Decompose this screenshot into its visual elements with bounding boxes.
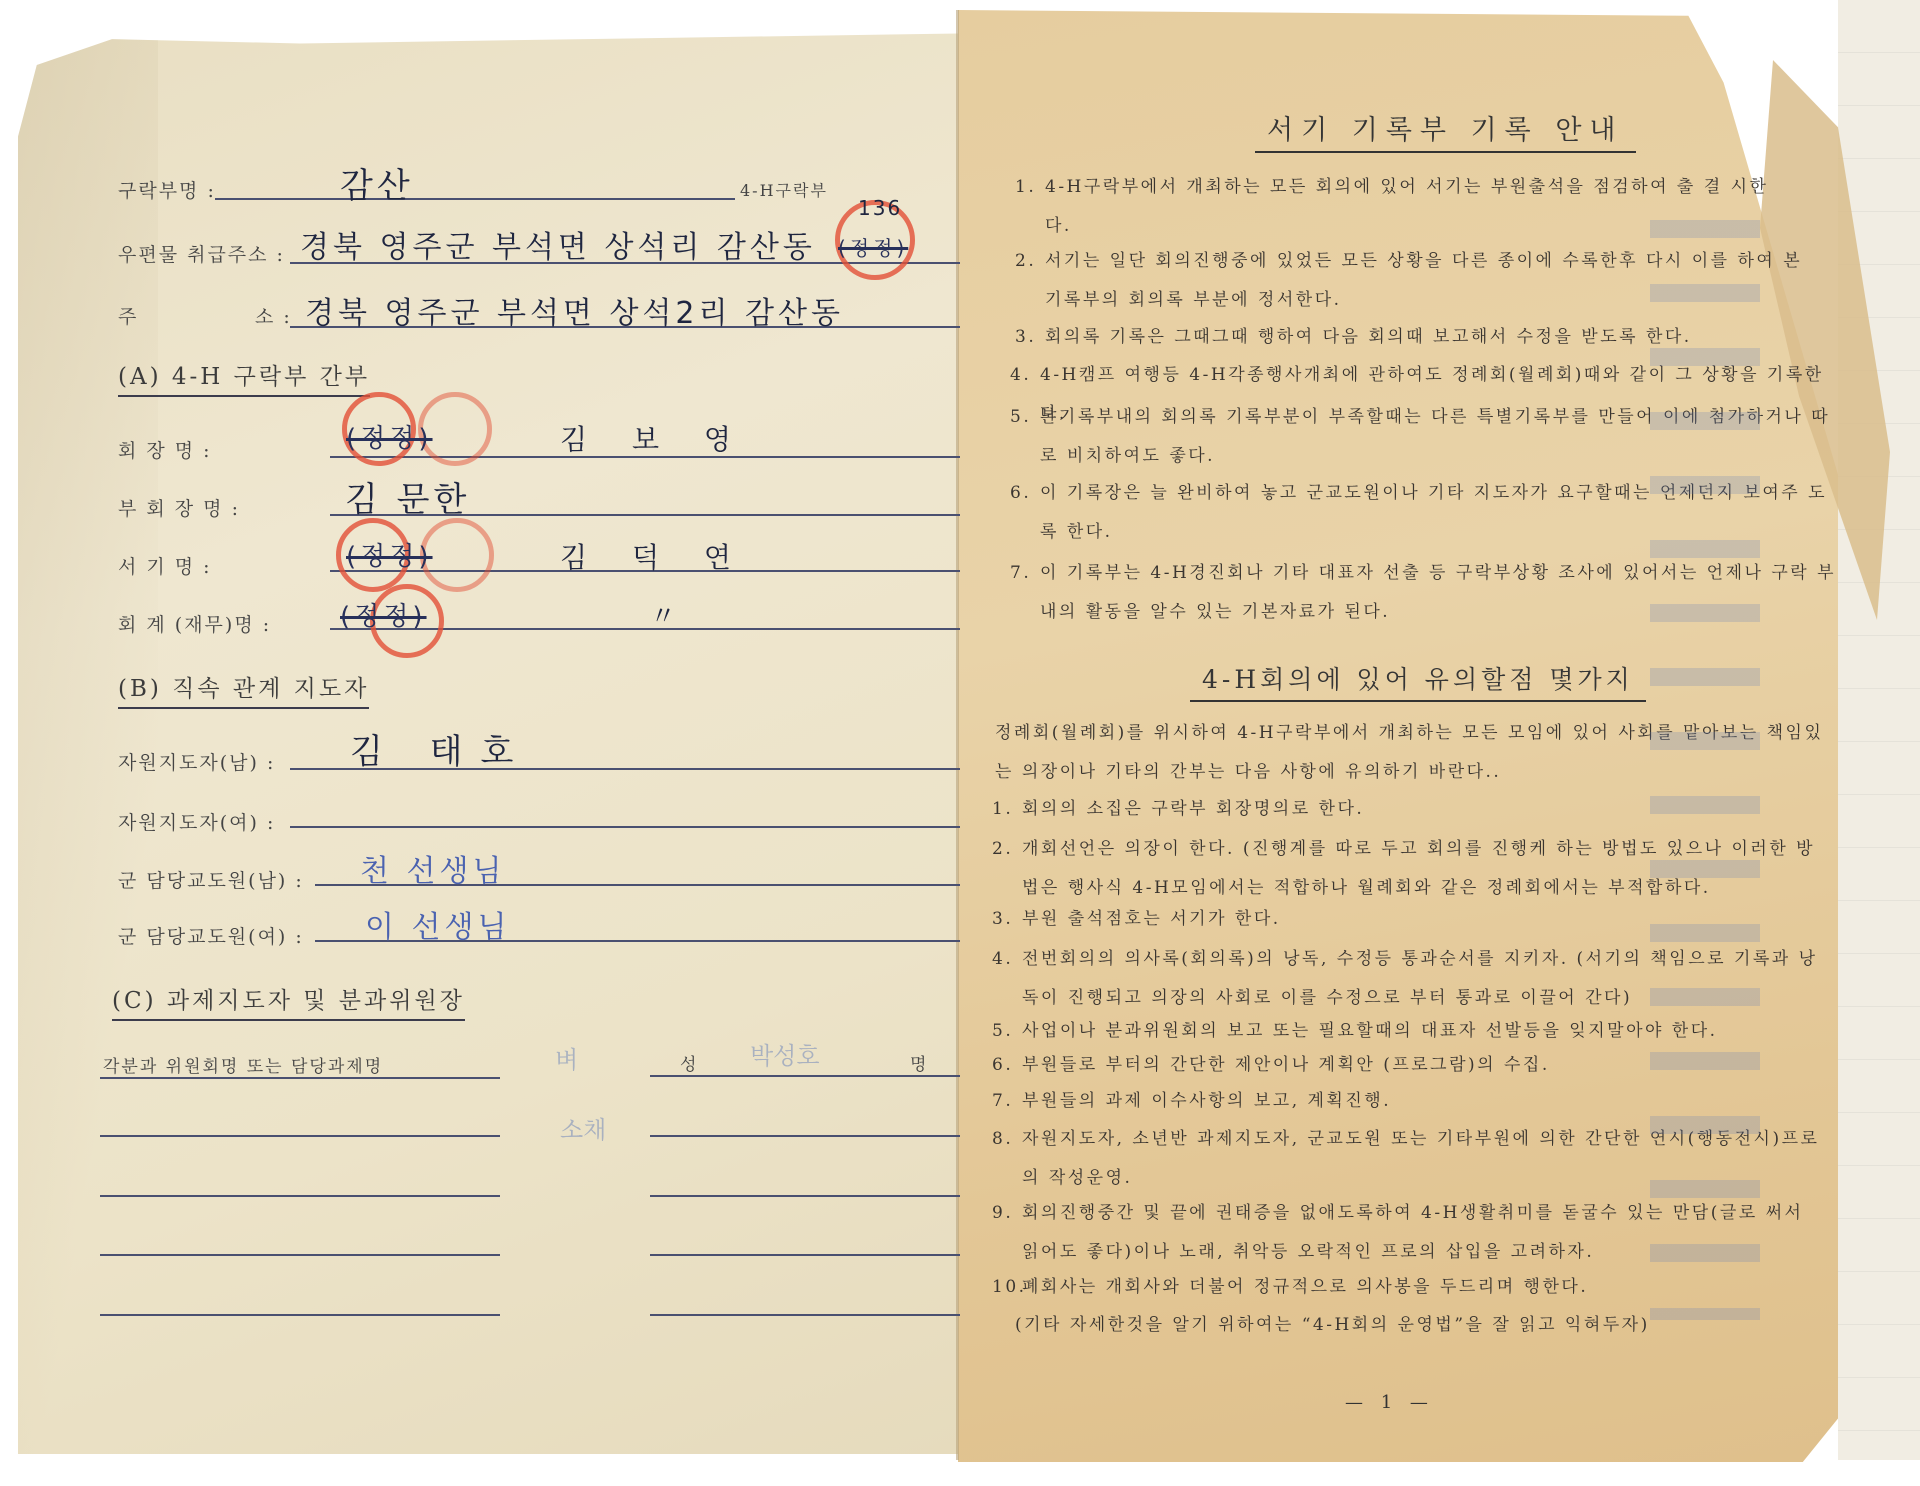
county-extension-male-label: 군 담당교도원(남) : xyxy=(118,866,304,893)
president-value: 김 보 영 xyxy=(560,418,749,458)
president-struck: (정정) xyxy=(346,418,433,455)
item-number: 2. xyxy=(992,830,1013,869)
page-number: — 1 — xyxy=(1345,1392,1434,1413)
volunteer-leader-male-value: 김 태호 xyxy=(350,724,531,773)
club-name-value: 감산 xyxy=(340,158,414,207)
address-value: 경북 영주군 부석면 상석2리 감산동 xyxy=(305,288,844,332)
vice-president-label: 부 회 장 명 : xyxy=(118,494,240,521)
section-a-title: (A) 4-H 구락부 간부 xyxy=(118,358,370,397)
meeting-tips-title: 4-H회의에 있어 유의할점 몇가지 xyxy=(1190,660,1646,702)
secretary-label: 서 기 명 : xyxy=(118,552,212,579)
item-number: 3. xyxy=(1015,318,1036,357)
section-c-title: (C) 과제지도자 및 분과위원장 xyxy=(112,982,465,1021)
mail-address-value: 경북 영주군 부석면 상석리 감산동 xyxy=(300,222,816,266)
item-text: 폐회사는 개회사와 더불어 정규적으로 의사봉을 두드리며 행한다. xyxy=(1022,1277,1588,1297)
mail-address-number: 136 xyxy=(858,196,902,220)
item-number: 6. xyxy=(1010,474,1031,513)
committee-entry-line xyxy=(100,1314,500,1316)
item-number: 1. xyxy=(992,790,1013,829)
item-number: 4. xyxy=(992,940,1013,979)
name-entry-line xyxy=(650,1314,960,1316)
name-entry-line xyxy=(650,1254,960,1256)
item-number: 9. xyxy=(992,1194,1013,1233)
mail-address-struck: (정정) xyxy=(838,232,908,261)
page-spine xyxy=(956,10,959,1460)
name-entry-line xyxy=(650,1135,960,1137)
faint-handwriting: 소채 xyxy=(560,1110,606,1145)
club-name-line xyxy=(215,198,735,200)
secretary-struck: (정정) xyxy=(346,536,433,573)
committee-column-header: 각분과 위원회명 또는 담당과제명 xyxy=(103,1052,383,1077)
item-number: 1. xyxy=(1015,168,1036,207)
item-number: 6. xyxy=(992,1046,1013,1085)
club-name-label: 구락부명 : xyxy=(118,176,216,203)
item-text: 사업이나 분과위원회의 보고 또는 필요할때의 대표자 선발등을 잊지말아야 한… xyxy=(1022,1021,1718,1041)
item-number: 7. xyxy=(1010,554,1031,593)
committee-header-line xyxy=(100,1077,500,1079)
committee-entry-line xyxy=(100,1254,500,1256)
treasurer-value: 〃 xyxy=(650,596,680,633)
name-entry-line xyxy=(650,1195,960,1197)
committee-entry-line xyxy=(100,1195,500,1197)
county-extension-male-value: 천 선생님 xyxy=(360,846,505,890)
faint-handwriting: 박성호 xyxy=(750,1036,820,1071)
secretary-value: 김 덕 연 xyxy=(560,536,749,576)
item-number: 5. xyxy=(1010,398,1031,437)
item-number: 2. xyxy=(1015,242,1036,281)
volunteer-leader-male-label: 자원지도자(남) : xyxy=(118,748,275,775)
county-extension-female-value: 이 선생님 xyxy=(365,902,510,946)
mail-address-label: 우편물 취급주소 : xyxy=(118,240,285,267)
item-text: 부원 출석점호는 서기가 한다. xyxy=(1022,909,1281,929)
item-number: 10. xyxy=(992,1268,1027,1307)
section-b-title: (B) 직속 관계 지도자 xyxy=(118,670,369,709)
item-number: 8. xyxy=(992,1120,1013,1159)
faint-handwriting: 벼 xyxy=(555,1040,578,1075)
volunteer-leader-female-label: 자원지도자(여) : xyxy=(118,808,275,835)
treasurer-label: 회 계 (재무)명 : xyxy=(118,610,271,637)
guide-title: 서기 기록부 기록 안내 xyxy=(1255,108,1636,153)
club-suffix: 4-H구락부 xyxy=(740,178,828,201)
address-label-1: 주 xyxy=(118,302,138,329)
name-header-line xyxy=(650,1075,960,1077)
item-number: 7. xyxy=(992,1082,1013,1121)
item-text: 회의록 기록은 그때그때 행하여 다음 회의때 보고해서 수정을 받도록 한다. xyxy=(1045,327,1692,347)
address-label-2: 소 : xyxy=(255,302,292,329)
volunteer-leader-female-line xyxy=(290,826,960,828)
treasurer-struck: (정정) xyxy=(340,596,427,633)
name-column-header-2: 명 xyxy=(910,1050,928,1075)
item-text: 부원들의 과제 이수사항의 보고, 계획진행. xyxy=(1022,1091,1391,1111)
ink-bleed-through xyxy=(1650,220,1760,1320)
president-label: 회 장 명 : xyxy=(118,436,212,463)
committee-entry-line xyxy=(100,1135,500,1137)
item-number: 3. xyxy=(992,900,1013,939)
vice-president-value: 김 문한 xyxy=(345,472,470,521)
item-number: 4. xyxy=(1010,356,1031,395)
item-text: 부원들로 부터의 간단한 제안이나 계획안 (프로그람)의 수집. xyxy=(1022,1055,1550,1075)
item-text: 회의의 소집은 구락부 회장명의로 한다. xyxy=(1022,799,1364,819)
county-extension-female-label: 군 담당교도원(여) : xyxy=(118,922,304,949)
name-column-header-1: 성 xyxy=(680,1050,698,1075)
